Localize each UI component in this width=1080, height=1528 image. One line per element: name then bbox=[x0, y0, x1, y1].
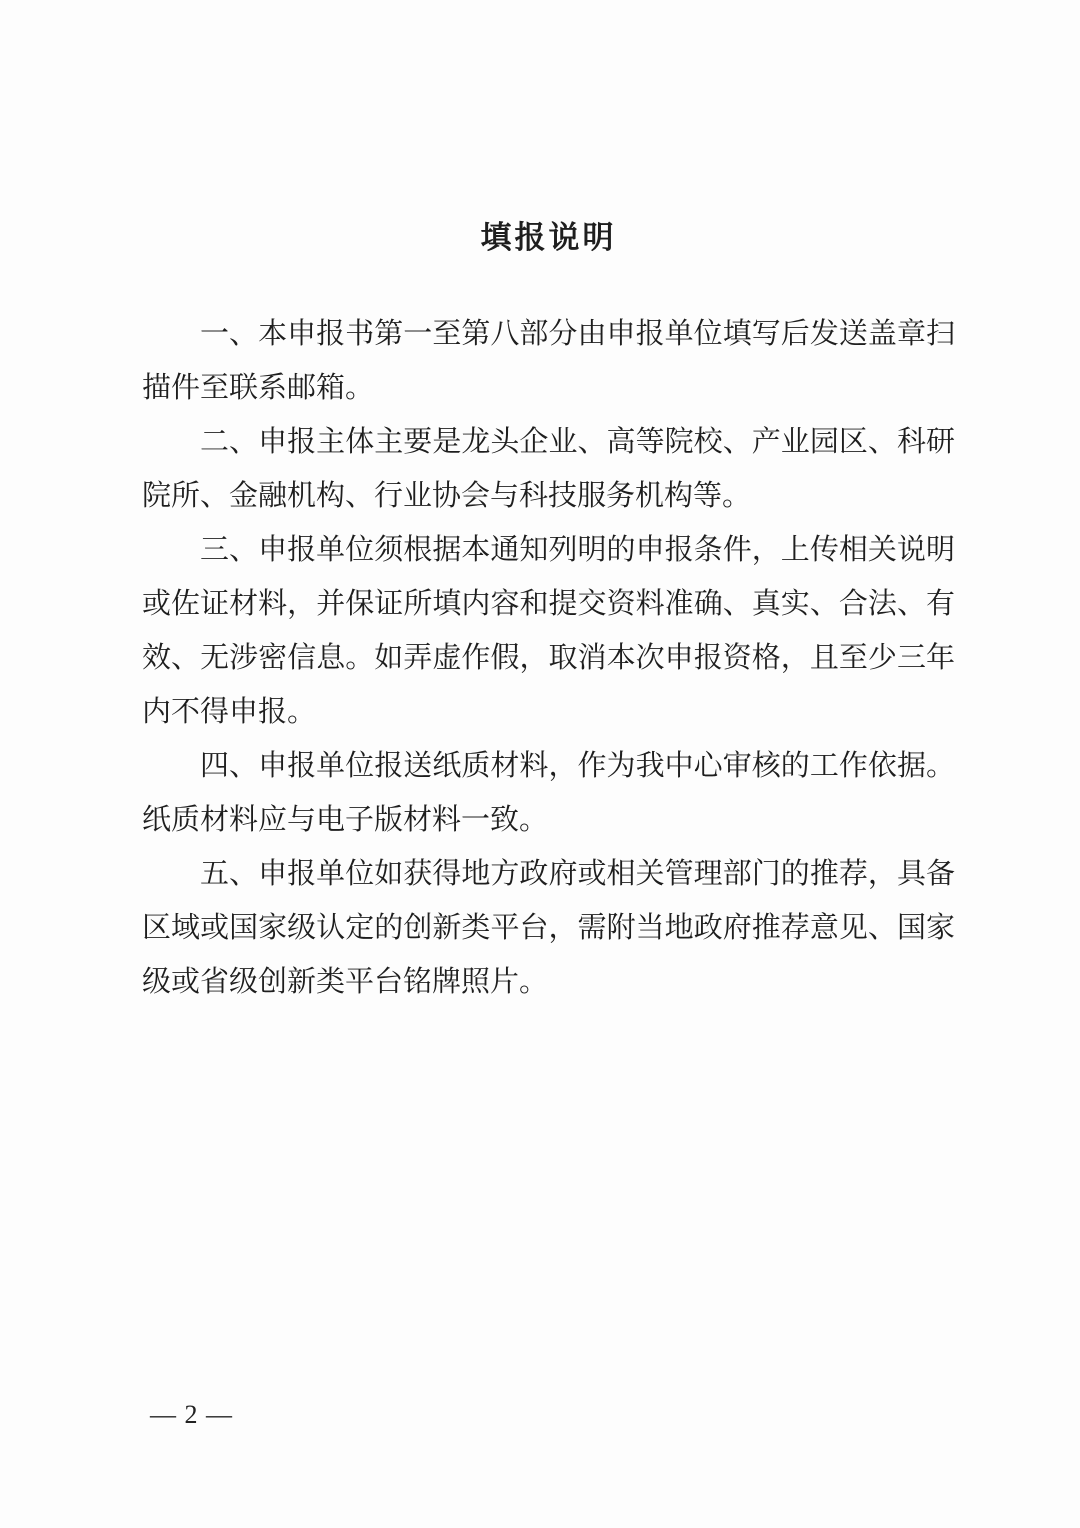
paragraph-3: 三、申报单位须根据本通知列明的申报条件，上传相关说明或佐证材料，并保证所填内容和… bbox=[142, 523, 955, 739]
paragraph-5: 五、申报单位如获得地方政府或相关管理部门的推荐，具备区域或国家级认定的创新类平台… bbox=[142, 847, 955, 1009]
paragraph-2: 二、申报主体主要是龙头企业、高等院校、产业园区、科研院所、金融机构、行业协会与科… bbox=[142, 415, 955, 523]
page-title: 填报说明 bbox=[142, 219, 955, 257]
paragraph-1: 一、本申报书第一至第八部分由申报单位填写后发送盖章扫描件至联系邮箱。 bbox=[142, 307, 955, 415]
document-body: 一、本申报书第一至第八部分由申报单位填写后发送盖章扫描件至联系邮箱。 二、申报主… bbox=[142, 307, 955, 1009]
paragraph-4: 四、申报单位报送纸质材料，作为我中心审核的工作依据。纸质材料应与电子版材料一致。 bbox=[142, 739, 955, 847]
document-page: 填报说明 一、本申报书第一至第八部分由申报单位填写后发送盖章扫描件至联系邮箱。 … bbox=[0, 0, 1080, 1528]
page-number: — 2 — bbox=[150, 1400, 233, 1430]
